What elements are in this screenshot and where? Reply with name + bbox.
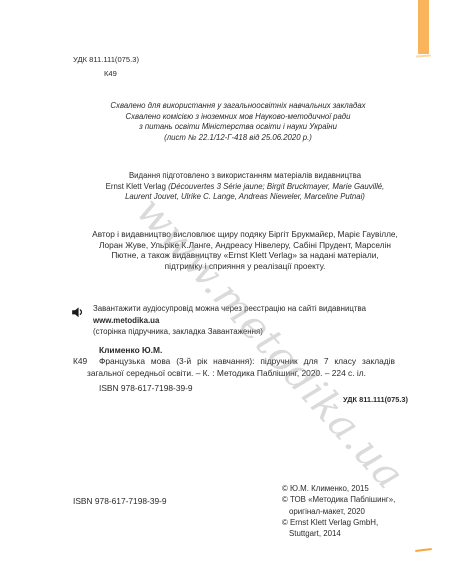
biblio-title-line: Французька мова (3-й рік навчання): підр…	[99, 356, 395, 366]
k49-code-top: К49	[104, 69, 117, 78]
approval-line: Схвалено комісією з іноземних мов Науков…	[52, 112, 424, 123]
approval-line: Схвалено для використання у загальноосві…	[52, 101, 424, 112]
footer-isbn: ISBN 978-617-7198-39-9	[73, 496, 167, 506]
imprint-page: www.metodika.ua УДК 811.111(075.3) К49 С…	[0, 0, 452, 584]
biblio-k49-code: К49	[73, 356, 87, 366]
copyright-line: © Ю.М. Клименко, 2015	[282, 483, 395, 494]
speaker-icon	[71, 305, 85, 319]
copyright-line: Stuttgart, 2014	[282, 528, 395, 539]
source-line: Видання підготовлено з використанням мат…	[60, 171, 430, 182]
source-line: Laurent Jouvet, Ulrike C. Lange, Andreas…	[60, 192, 430, 203]
source-materials-statement: Видання підготовлено з використанням мат…	[60, 171, 430, 203]
audio-site-url: www.metodika.ua	[93, 316, 159, 325]
approval-line: з питань освіти Міністерства освіти і на…	[52, 122, 424, 133]
approval-line: (лист № 22.1/12-Г-418 від 25.06.2020 р.)	[52, 133, 424, 144]
copyright-line: © Ernst Klett Verlag GmbH,	[282, 517, 395, 528]
biblio-title-line: загальної середньої освіти. – К. : Метод…	[87, 368, 366, 378]
approval-statement: Схвалено для використання у загальноосві…	[52, 101, 424, 143]
copyright-line: © ТОВ «Методика Паблішинг»,	[282, 494, 395, 505]
audio-download-note: Завантажити аудіосупровід можна через ре…	[93, 303, 434, 338]
audio-line: (сторінка підручника, закладка Завантаже…	[93, 326, 434, 338]
source-line: Ernst Klett Verlag (Découvertes 3 Série …	[60, 182, 430, 193]
copyright-block: © Ю.М. Клименко, 2015 © ТОВ «Методика Па…	[282, 483, 395, 539]
udk-code-bold: УДК 811.111(075.3)	[343, 395, 408, 404]
thanks-line: підтримку і сприяння у реалізації проект…	[60, 261, 430, 272]
orange-bottom-swoosh	[415, 548, 432, 552]
audio-line: Завантажити аудіосупровід можна через ре…	[93, 303, 434, 326]
orange-accent-bar-tail	[416, 54, 431, 57]
orange-accent-bar	[418, 0, 429, 54]
thanks-line: Автор і видавництво висловлює щиру подяк…	[60, 229, 430, 240]
thanks-line: Лоран Жуве, Ульріке К.Ланге, Андреасу Ні…	[60, 240, 430, 251]
audio-text: Завантажити аудіосупровід можна через ре…	[93, 304, 366, 313]
biblio-author: Клименко Ю.М.	[99, 345, 162, 355]
source-series-authors: (Découvertes 3 Série jaune; Birgit Bruck…	[168, 182, 384, 191]
acknowledgements: Автор і видавництво висловлює щиру подяк…	[60, 229, 430, 271]
udk-code-top: УДК 811.111(075.3)	[73, 55, 139, 64]
source-publisher-name: Ernst Klett Verlag	[106, 182, 168, 191]
thanks-line: Пютне, а також видавництву «Ernst Klett …	[60, 250, 430, 261]
copyright-line: оригінал-макет, 2020	[282, 506, 395, 517]
biblio-isbn: ISBN 978-617-7198-39-9	[99, 383, 193, 393]
